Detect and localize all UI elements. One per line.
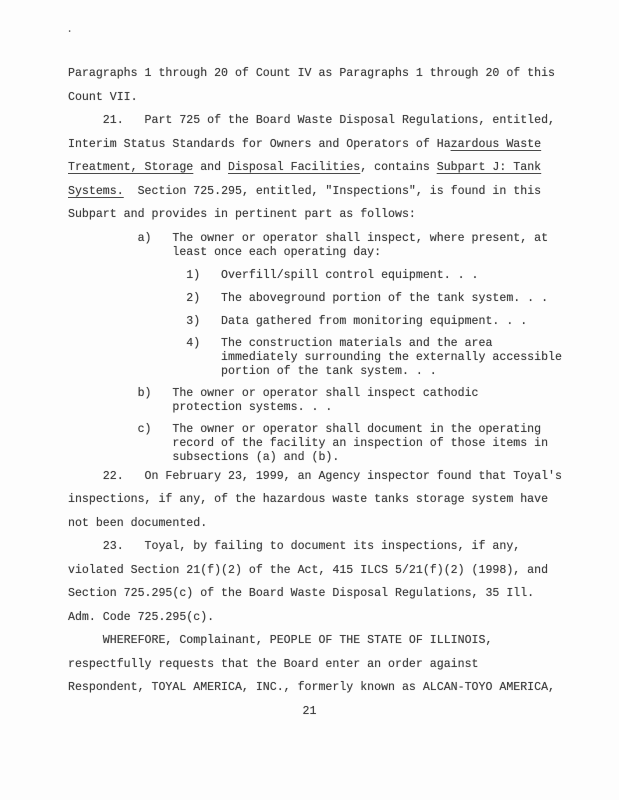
document-line: Systems. Section 725.295, entitled, "Ins… [68, 180, 608, 204]
document-line: 22. On February 23, 1999, an Agency insp… [68, 465, 608, 489]
text-segment: 3) Data gathered from monitoring equipme… [68, 315, 527, 328]
document-line: Interim Status Standards for Owners and … [68, 133, 608, 157]
text-segment: , contains [360, 161, 437, 174]
text-segment: subsections (a) and (b). [68, 451, 339, 464]
text-segment: 4) The construction materials and the ar… [68, 337, 492, 350]
underlined-text: Disposal Facilities [228, 161, 360, 174]
document-line: record of the facility an inspection of … [68, 437, 608, 451]
document-line: 1) Overfill/spill control equipment. . . [68, 269, 608, 283]
text-segment: c) The owner or operator shall document … [68, 423, 541, 436]
text-segment: 1) Overfill/spill control equipment. . . [68, 269, 479, 282]
document-line: 3) Data gathered from monitoring equipme… [68, 315, 608, 329]
document-line: subsections (a) and (b). [68, 451, 608, 465]
text-segment: not been documented. [68, 517, 207, 530]
text-segment: and [193, 161, 228, 174]
text-segment: WHEREFORE, Complainant, PEOPLE OF THE ST… [68, 634, 492, 647]
text-segment: violated Section 21(f)(2) of the Act, 41… [68, 564, 548, 577]
document-line: Subpart and provides in pertinent part a… [68, 203, 608, 227]
text-segment: 22. On February 23, 1999, an Agency insp… [68, 470, 562, 483]
underlined-text: Subpart J: Tank [437, 161, 541, 174]
text-segment: Section 725.295, entitled, "Inspections"… [124, 185, 541, 198]
text-segment: a) The owner or operator shall inspect, … [68, 232, 548, 245]
document-line: violated Section 21(f)(2) of the Act, 41… [68, 559, 608, 583]
document-line: Paragraphs 1 through 20 of Count IV as P… [68, 62, 608, 86]
document-line: b) The owner or operator shall inspect c… [68, 387, 608, 401]
text-segment: Count VII. [68, 91, 138, 104]
document-line: Respondent, TOYAL AMERICA, INC., formerl… [68, 676, 608, 700]
document-line: a) The owner or operator shall inspect, … [68, 232, 608, 246]
text-segment: immediately surrounding the externally a… [68, 351, 562, 364]
underlined-text: zardous Waste [451, 138, 541, 151]
text-segment: Subpart and provides in pertinent part a… [68, 208, 416, 221]
page-number: 21 [0, 705, 619, 718]
document-line: 2) The aboveground portion of the tank s… [68, 292, 608, 306]
document-line: Count VII. [68, 86, 608, 110]
text-segment: b) The owner or operator shall inspect c… [68, 387, 479, 400]
text-segment: Respondent, TOYAL AMERICA, INC., formerl… [68, 681, 555, 694]
text-segment: 21. Part 725 of the Board Waste Disposal… [68, 114, 555, 127]
text-segment: portion of the tank system. . . [68, 365, 437, 378]
text-segment: record of the facility an inspection of … [68, 437, 548, 450]
document-line: WHEREFORE, Complainant, PEOPLE OF THE ST… [68, 629, 608, 653]
text-segment: inspections, if any, of the hazardous wa… [68, 493, 548, 506]
text-segment: 23. Toyal, by failing to document its in… [68, 540, 520, 553]
underlined-text: Treatment, Storage [68, 161, 193, 174]
document-page: . Paragraphs 1 through 20 of Count IV as… [0, 0, 619, 800]
document-line: 21. Part 725 of the Board Waste Disposal… [68, 109, 608, 133]
stray-mark: . [66, 22, 73, 36]
text-segment: Section 725.295(c) of the Board Waste Di… [68, 587, 534, 600]
document-line: Section 725.295(c) of the Board Waste Di… [68, 582, 608, 606]
document-line: Treatment, Storage and Disposal Faciliti… [68, 156, 608, 180]
text-segment: Interim Status Standards for Owners and … [68, 138, 451, 151]
document-line: immediately surrounding the externally a… [68, 351, 608, 365]
text-segment: Adm. Code 725.295(c). [68, 611, 214, 624]
document-line: protection systems. . . [68, 401, 608, 415]
text-segment: least once each operating day: [68, 246, 381, 259]
document-line: inspections, if any, of the hazardous wa… [68, 488, 608, 512]
document-lines: Paragraphs 1 through 20 of Count IV as P… [68, 62, 608, 700]
document-line: 23. Toyal, by failing to document its in… [68, 535, 608, 559]
document-line: Adm. Code 725.295(c). [68, 606, 608, 630]
underlined-text: Systems. [68, 185, 124, 198]
document-line: least once each operating day: [68, 246, 608, 260]
text-segment: 2) The aboveground portion of the tank s… [68, 292, 548, 305]
text-segment: Paragraphs 1 through 20 of Count IV as P… [68, 67, 555, 80]
text-segment: respectfully requests that the Board ent… [68, 658, 479, 671]
text-segment: protection systems. . . [68, 401, 332, 414]
document-line: respectfully requests that the Board ent… [68, 653, 608, 677]
document-line: c) The owner or operator shall document … [68, 423, 608, 437]
document-line: 4) The construction materials and the ar… [68, 337, 608, 351]
document-line: portion of the tank system. . . [68, 365, 608, 379]
document-line: not been documented. [68, 512, 608, 536]
